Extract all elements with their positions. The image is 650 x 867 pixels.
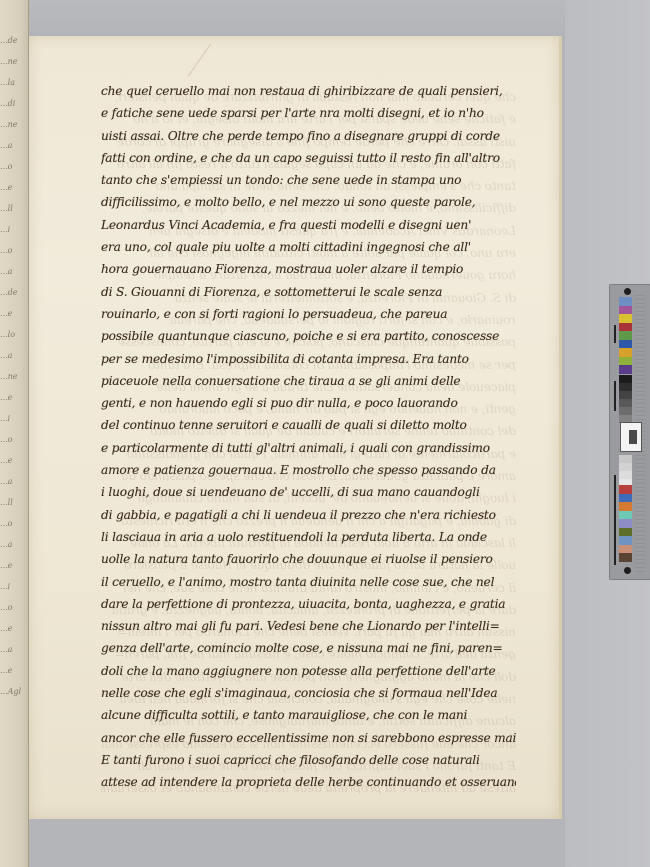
manuscript-line: hora gouernauano Fiorenza, mostraua uole… (101, 258, 516, 280)
chart-hole-top (624, 288, 631, 295)
facing-page-line: ...e (0, 618, 26, 639)
folio-mark: · (299, 754, 301, 762)
manuscript-line: attese ad intendere la proprieta delle h… (101, 771, 516, 793)
manuscript-line: possibile quantunque ciascuno, poiche e … (101, 325, 516, 347)
facing-page-line: ...i (0, 576, 26, 597)
color-swatch (619, 455, 632, 463)
color-swatch (619, 357, 632, 366)
paper-crease (188, 43, 212, 76)
gray-swatches (619, 375, 632, 423)
facing-page-line: ...a (0, 534, 26, 555)
color-swatch (619, 306, 632, 315)
manuscript-line: il ceruello, e l'animo, mostro tanta diu… (101, 571, 516, 593)
color-swatch (619, 494, 632, 503)
facing-page-line: ...a (0, 135, 26, 156)
manuscript-line: fatti con ordine, e che da un capo segui… (101, 147, 516, 169)
manuscript-line: nelle cose che egli s'imaginaua, concios… (101, 682, 516, 704)
facing-page-text: ...de...ne...la...di...ne...a...o...e...… (0, 30, 26, 820)
manuscript-line: genza dell'arte, comincio molte cose, e … (101, 637, 516, 659)
facing-page-line: ...e (0, 177, 26, 198)
manuscript-line: E tanti furono i suoi capricci che filos… (101, 749, 516, 771)
color-swatch (619, 536, 632, 545)
color-swatch (619, 331, 632, 340)
facing-page-line: ...e (0, 555, 26, 576)
backdrop-top (0, 0, 650, 40)
manuscript-line: doli che la mano aggiugnere non potesse … (101, 660, 516, 682)
color-swatch (619, 511, 632, 520)
facing-page-line: ...i (0, 219, 26, 240)
color-swatch (619, 553, 632, 562)
manuscript-line: amore e patienza gouernaua. E mostrollo … (101, 459, 516, 481)
manuscript-page: che quel ceruello mai non restaua di ghi… (29, 36, 562, 819)
facing-page-line: ...e (0, 450, 26, 471)
color-swatch (619, 471, 632, 479)
facing-page-line: ...e (0, 303, 26, 324)
chart-rule (614, 475, 616, 565)
chart-rule (614, 325, 616, 343)
manuscript-line: era uno, col quale piu uolte a molti cit… (101, 236, 516, 258)
chart-hole-bottom (624, 567, 631, 574)
manuscript-text-block: che quel ceruello mai non restaua di ghi… (101, 80, 516, 794)
color-swatch (619, 399, 632, 407)
color-swatch (619, 519, 632, 528)
facing-page-line: ...o (0, 513, 26, 534)
manuscript-line: difficilissimo, e molto bello, e nel mez… (101, 191, 516, 213)
facing-page-line: ...i (0, 408, 26, 429)
facing-page-line: ...la (0, 72, 26, 93)
manuscript-line: i luoghi, doue si uendeuano de' uccelli,… (101, 481, 516, 503)
manuscript-line: e fatiche sene uede sparsi per l'arte nr… (101, 102, 516, 124)
manuscript-line: uolle la natura tanto fauorirlo che douu… (101, 548, 516, 570)
facing-page-line: ...o (0, 429, 26, 450)
manuscript-line: ancor che elle fussero eccellentissime n… (101, 727, 516, 749)
manuscript-line: tanto che s'empiessi un tondo: che sene … (101, 169, 516, 191)
color-swatch (619, 463, 632, 471)
manuscript-line: rouinarlo, e con si forti ragioni lo per… (101, 303, 516, 325)
color-swatch (619, 383, 632, 391)
manuscript-line: e particolarmente di tutti gl'altri anim… (101, 437, 516, 459)
facing-page-line: ...ne (0, 366, 26, 387)
color-swatch (619, 314, 632, 323)
facing-page-line: ...o (0, 240, 26, 261)
chart-rule (614, 381, 616, 411)
color-swatch (619, 502, 632, 511)
manuscript-line: dare la perfettione di prontezza, uiuaci… (101, 593, 516, 615)
color-swatch (619, 375, 632, 383)
manuscript-line: per se medesimo l'impossibilita di cotan… (101, 348, 516, 370)
color-swatch (619, 528, 632, 537)
facing-page-line: ...a (0, 471, 26, 492)
facing-page-line: ...e (0, 660, 26, 681)
color-swatch (619, 323, 632, 332)
manuscript-line: nissun altro mai gli fu pari. Vedesi ben… (101, 615, 516, 637)
color-swatch (619, 407, 632, 415)
facing-page-line: ...di (0, 93, 26, 114)
color-swatch (619, 365, 632, 374)
facing-page-line: ...ne (0, 114, 26, 135)
facing-page-line: ...a (0, 345, 26, 366)
manuscript-line: genti, e non hauendo egli si puo dir nul… (101, 392, 516, 414)
facing-page-line: ...o (0, 156, 26, 177)
facing-page-line: ...ne (0, 51, 26, 72)
facing-page-line: ...ll (0, 198, 26, 219)
manuscript-line: uisti assai. Oltre che perde tempo fino … (101, 125, 516, 147)
manuscript-line: di gabbia, e pagatigli a chi li uendeua … (101, 504, 516, 526)
facing-page-line: ...e (0, 387, 26, 408)
facing-page-line: ...a (0, 261, 26, 282)
manuscript-line: li lasciaua in aria a uolo restituendoli… (101, 526, 516, 548)
facing-page-line: ...ll (0, 492, 26, 513)
color-swatch (619, 297, 632, 306)
color-swatch (619, 545, 632, 554)
color-swatch (619, 340, 632, 349)
color-swatches-bottom (619, 485, 632, 562)
color-swatch (619, 391, 632, 399)
facing-page-line: ...a (0, 639, 26, 660)
manuscript-line: piaceuole nella conuersatione che tiraua… (101, 370, 516, 392)
manuscript-line: di S. Giouanni di Fiorenza, e sottomette… (101, 281, 516, 303)
color-calibration-chart (609, 284, 650, 580)
facing-page-line: ...de (0, 282, 26, 303)
color-swatch (619, 485, 632, 494)
manuscript-line: che quel ceruello mai non restaua di ghi… (101, 80, 516, 102)
color-swatches-top (619, 297, 632, 374)
facing-page-line: ...lo (0, 324, 26, 345)
color-swatch (619, 348, 632, 357)
facing-page-line: ...Agl (0, 681, 26, 702)
chart-label (620, 422, 642, 452)
facing-page-edge: ...de...ne...la...di...ne...a...o...e...… (0, 0, 29, 867)
manuscript-line: alcune difficulta sottili, e tanto marau… (101, 704, 516, 726)
facing-page-line: ...o (0, 597, 26, 618)
manuscript-line: Leonardus Vinci Academia, e fra questi m… (101, 214, 516, 236)
facing-page-line: ...de (0, 30, 26, 51)
chart-label-mark (629, 430, 637, 444)
manuscript-line: del continuo tenne seruitori e caualli d… (101, 414, 516, 436)
